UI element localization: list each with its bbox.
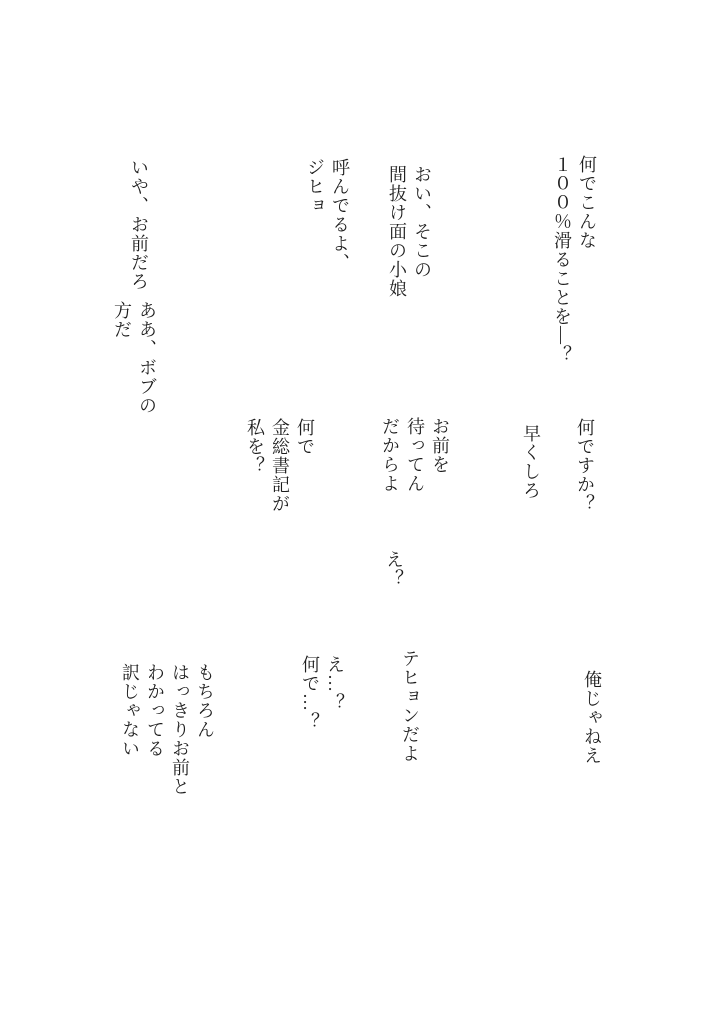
dialogue-line: はっきりお前と [167, 663, 192, 796]
dialogue-line: え？ [381, 550, 406, 588]
dialogue-line: おい、そこの [409, 165, 434, 298]
dialogue-line: ああ、ボブの [134, 301, 159, 415]
dialogue-line: わかってる [142, 663, 167, 796]
dialogue-line: ジヒョ [302, 158, 327, 272]
dialogue-block-4: いや、お前だろ [126, 158, 151, 291]
dialogue-line: 間抜け面の小娘 [384, 165, 409, 298]
novel-page: 何でこんな １００％滑ることを―？ おい、そこの 間抜け面の小娘 呼んでるよ、 … [0, 0, 724, 1024]
dialogue-block-2: おい、そこの 間抜け面の小娘 [384, 165, 434, 298]
dialogue-line: 待ってん [402, 417, 427, 493]
dialogue-block-5: ああ、ボブの 方だ [109, 301, 159, 415]
dialogue-block-13: え…？ 何で…？ [297, 655, 347, 731]
dialogue-line: 金総書記が [267, 418, 292, 513]
dialogue-line: １００％滑ることを―？ [549, 155, 574, 364]
dialogue-line: 何で [292, 418, 317, 513]
dialogue-line: 何で…？ [297, 655, 322, 731]
dialogue-line: 俺じゃねえ [579, 670, 604, 765]
dialogue-line: 方だ [109, 301, 134, 415]
dialogue-line: え…？ [322, 655, 347, 731]
dialogue-block-10: え？ [381, 550, 406, 588]
dialogue-line: 早くしろ [518, 424, 543, 500]
dialogue-line: 何ですか？ [572, 418, 597, 513]
dialogue-block-12: テヒョンだよ [397, 649, 422, 763]
dialogue-block-11: 俺じゃねえ [579, 670, 604, 765]
dialogue-line: お前を [427, 417, 452, 493]
dialogue-line: いや、お前だろ [126, 158, 151, 291]
dialogue-line: 私を？ [242, 418, 267, 513]
dialogue-block-1: 何でこんな １００％滑ることを―？ [549, 155, 599, 364]
dialogue-line: もちろん [192, 663, 217, 796]
dialogue-line: だからよ [377, 417, 402, 493]
dialogue-line: 呼んでるよ、 [327, 158, 352, 272]
dialogue-line: 訳じゃない [117, 663, 142, 796]
dialogue-block-3: 呼んでるよ、 ジヒョ [302, 158, 352, 272]
dialogue-block-8: お前を 待ってん だからよ [377, 417, 452, 493]
dialogue-block-14: もちろん はっきりお前と わかってる 訳じゃない [117, 663, 217, 796]
dialogue-line: 何でこんな [574, 155, 599, 364]
dialogue-block-9: 何で 金総書記が 私を？ [242, 418, 317, 513]
dialogue-block-6: 何ですか？ [572, 418, 597, 513]
dialogue-line: テヒョンだよ [397, 649, 422, 763]
dialogue-block-7: 早くしろ [518, 424, 543, 500]
